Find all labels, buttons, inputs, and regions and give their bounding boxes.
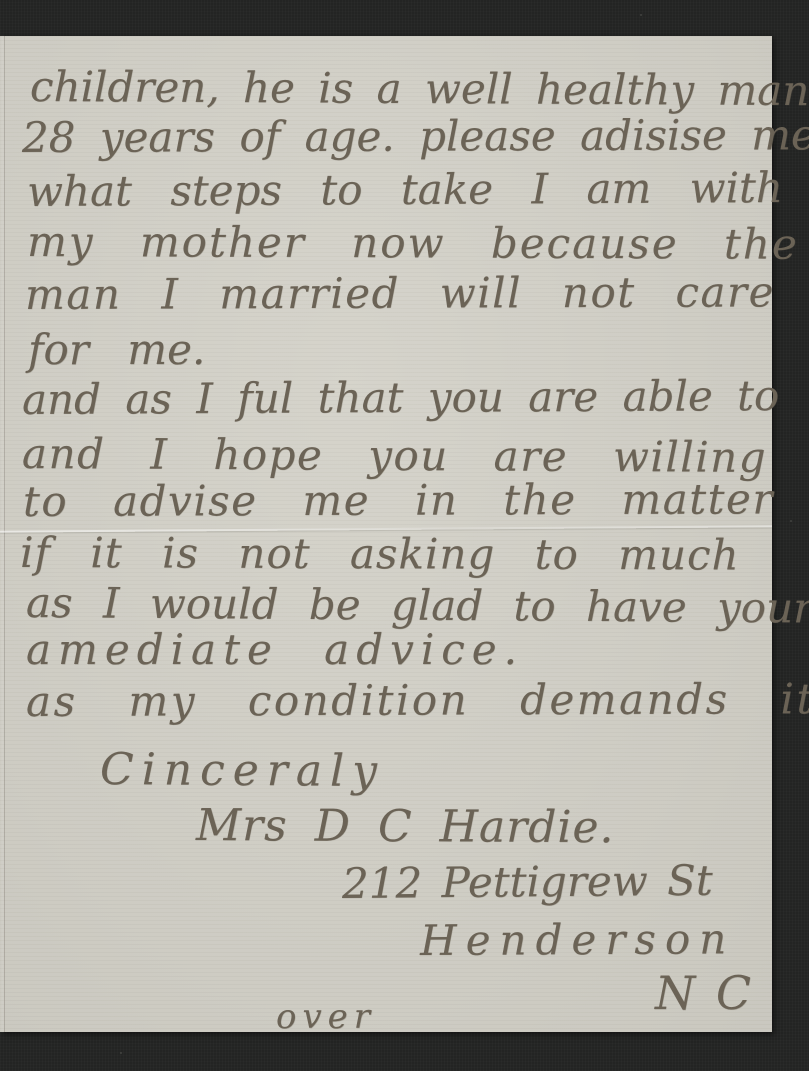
signature-street: 212 Pettigrew St [342, 858, 713, 907]
page-edge-line [4, 36, 5, 1032]
mat-speck [120, 1052, 122, 1054]
letter-line: what steps to take I am with [27, 165, 783, 215]
letter-line: amediate advice. [26, 627, 524, 673]
letter-line: to advise me in the matter [23, 476, 774, 525]
letter-line: children, he is a well healthy man [30, 64, 809, 114]
signature-city: Henderson [420, 916, 735, 964]
letter-line: man I married will not care [25, 269, 775, 318]
letter-line: for me. [28, 327, 205, 373]
letter-line: as my condition demands it [26, 676, 809, 725]
letter-line: 28 years of age. please adisise me [22, 112, 809, 161]
signature-closing: Cinceraly [100, 746, 385, 796]
scanned-letter-view: children, he is a well healthy man 28 ye… [0, 0, 809, 1071]
letter-line: if it is not asking to much [20, 530, 740, 579]
letter-line: as I would be glad to have your [26, 580, 809, 632]
letter-line: and as I ful that you are able to [22, 373, 779, 423]
mat-speck [790, 520, 792, 522]
mat-speck [640, 14, 642, 16]
letter-line: and I hope you are willing [22, 431, 767, 481]
signature-name: Mrs D C Hardie. [196, 802, 615, 853]
letter-line: my mother now because the [27, 219, 799, 268]
page-turn-note: over [276, 999, 376, 1036]
signature-state: N C [655, 968, 754, 1019]
